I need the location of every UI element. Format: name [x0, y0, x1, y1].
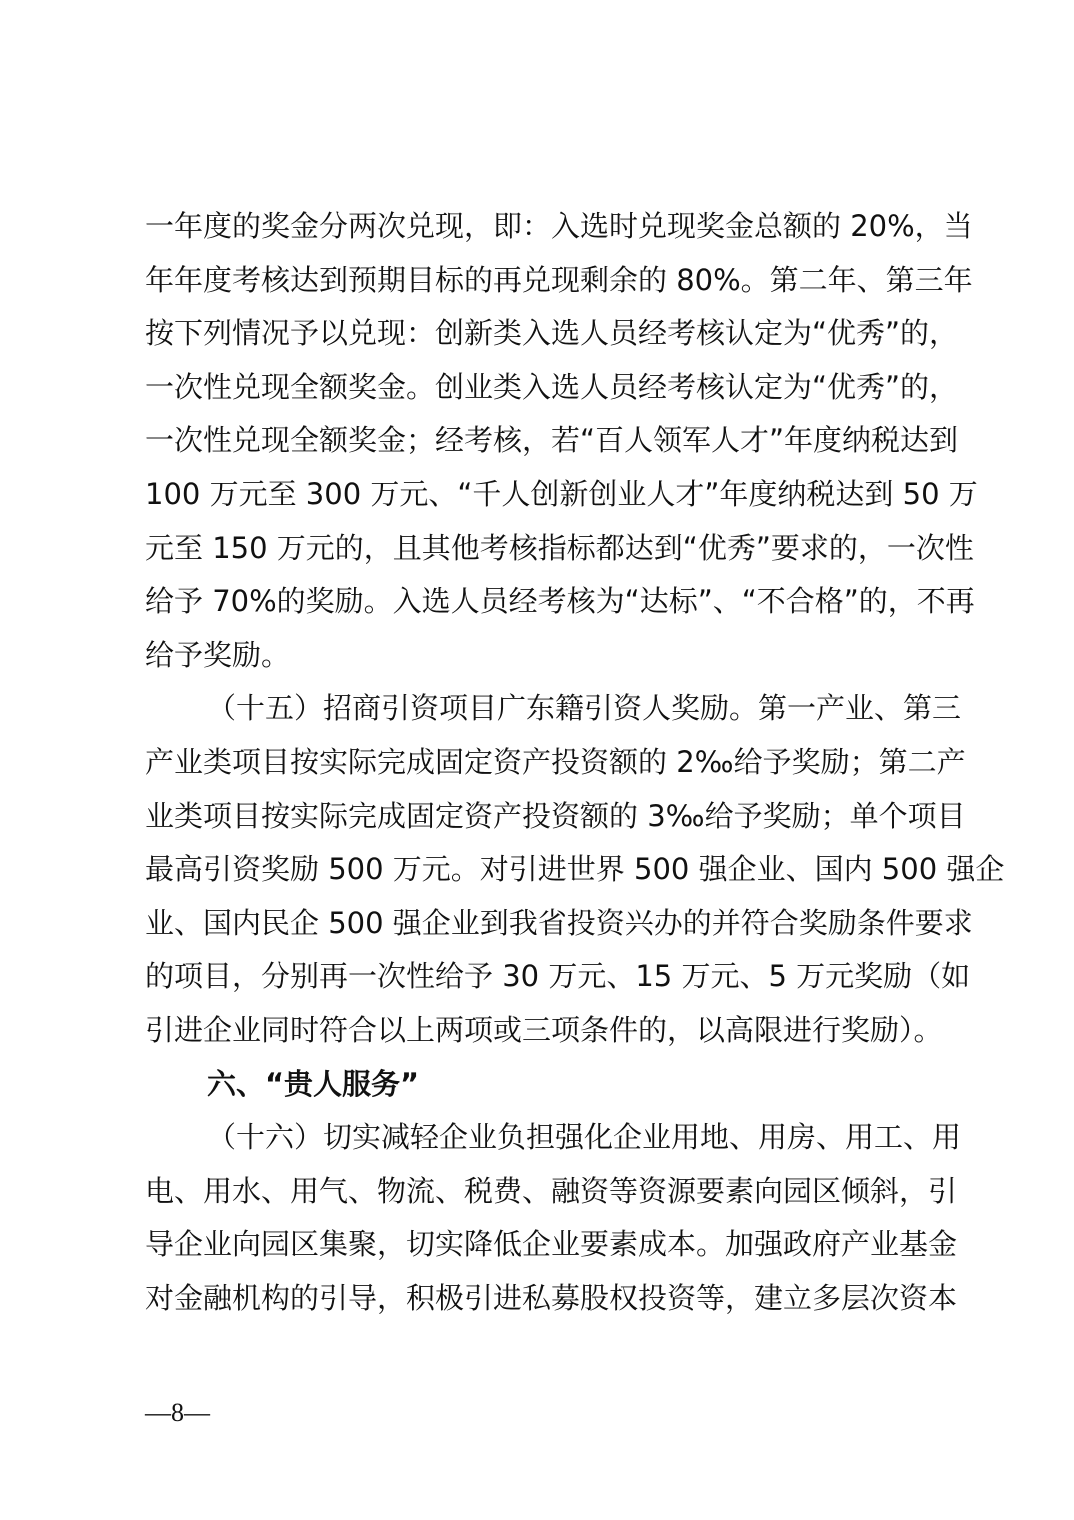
- text-line: 对金融机构的引导，积极引进私募股权投资等，建立多层次资本: [145, 1276, 940, 1330]
- text-line: 业类项目按实际完成固定资产投资额的 3‰给予奖励；单个项目: [145, 794, 940, 848]
- text-line: 年年度考核达到预期目标的再兑现剩余的 80%。第二年、第三年: [145, 258, 940, 312]
- text-line: 的项目，分别再一次性给予 30 万元、15 万元、5 万元奖励（如: [145, 954, 940, 1008]
- text-line: 给予奖励。: [145, 633, 940, 687]
- text-line: 元至 150 万元的，且其他考核指标都达到“优秀”要求的，一次性: [145, 526, 940, 580]
- text-line: 一次性兑现全额奖金。创业类入选人员经考核认定为“优秀”的，: [145, 365, 940, 419]
- paragraph-first-line: （十六）切实减轻企业负担强化企业用地、用房、用工、用: [145, 1115, 940, 1169]
- document-page: 一年度的奖金分两次兑现，即：入选时兑现奖金总额的 20%，当 年年度考核达到预期…: [0, 0, 1074, 1520]
- text-line: 电、用水、用气、物流、税费、融资等资源要素向园区倾斜，引: [145, 1169, 940, 1223]
- section-heading: 六、“贵人服务”: [145, 1062, 940, 1116]
- body-text: 一年度的奖金分两次兑现，即：入选时兑现奖金总额的 20%，当 年年度考核达到预期…: [145, 204, 940, 1329]
- text-line: 引进企业同时符合以上两项或三项条件的，以高限进行奖励）。: [145, 1008, 940, 1062]
- text-line: 一年度的奖金分两次兑现，即：入选时兑现奖金总额的 20%，当: [145, 204, 940, 258]
- paragraph-first-line: （十五）招商引资项目广东籍引资人奖励。第一产业、第三: [145, 686, 940, 740]
- text-line: 给予 70%的奖励。入选人员经考核为“达标”、“不合格”的，不再: [145, 579, 940, 633]
- text-line: 导企业向园区集聚，切实降低企业要素成本。加强政府产业基金: [145, 1222, 940, 1276]
- text-line: 100 万元至 300 万元、“千人创新创业人才”年度纳税达到 50 万: [145, 472, 940, 526]
- text-line: 一次性兑现全额奖金；经考核，若“百人领军人才”年度纳税达到: [145, 418, 940, 472]
- text-line: 最高引资奖励 500 万元。对引进世界 500 强企业、国内 500 强企: [145, 847, 940, 901]
- text-line: 业、国内民企 500 强企业到我省投资兴办的并符合奖励条件要求: [145, 901, 940, 955]
- text-line: 按下列情况予以兑现：创新类入选人员经考核认定为“优秀”的，: [145, 311, 940, 365]
- text-line: 产业类项目按实际完成固定资产投资额的 2‰给予奖励；第二产: [145, 740, 940, 794]
- page-number: —8—: [145, 1398, 210, 1428]
